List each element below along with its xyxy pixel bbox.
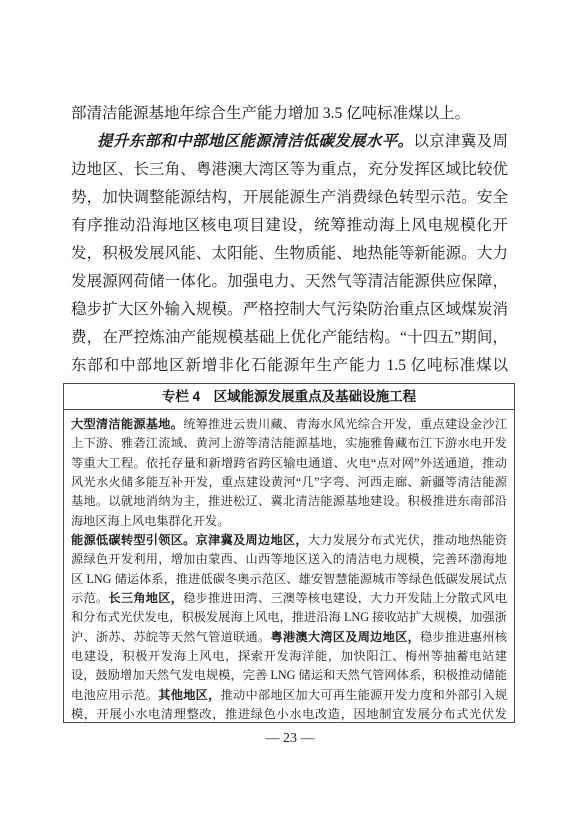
box-section-large-clean-energy-bases: 大型清洁能源基地。统筹推进云贵川藏、青海水风光综合开发，重点建设金沙江上下游、雅… xyxy=(71,415,507,531)
page-number: — 23 — xyxy=(266,731,315,746)
box-section-text: 统筹推进云贵川藏、青海水风光综合开发，重点建设金沙江上下游、雅砻江流域、黄河上游… xyxy=(71,417,507,528)
body-paragraph: 提升东部和中部地区能源清洁低碳发展水平。以京津冀及周边地区、长三角、粤港澳大湾区… xyxy=(71,128,508,408)
column-4-box: 专栏 4 区域能源发展重点及基础设施工程 大型清洁能源基地。统筹推进云贵川藏、青… xyxy=(63,383,515,723)
box-section-lead: 大型清洁能源基地。 xyxy=(71,417,183,431)
box-section-lead-other-regions: 其他地区， xyxy=(158,688,220,702)
column-box-title: 专栏 4 区域能源发展重点及基础设施工程 xyxy=(64,384,514,410)
box-section-lead-yangtze-delta: 长三角地区， xyxy=(108,591,183,605)
body-text-block: 部清洁能源基地年综合生产能力增加 3.5 亿吨标准煤以上。 提升东部和中部地区能… xyxy=(71,100,508,408)
column-box-title-text: 专栏 4 区域能源发展重点及基础设施工程 xyxy=(162,389,416,404)
paragraph-lead-emphasis: 提升东部和中部地区能源清洁低碳发展水平。 xyxy=(97,133,413,150)
column-box-body: 大型清洁能源基地。统筹推进云贵川藏、青海水风光综合开发，重点建设金沙江上下游、雅… xyxy=(64,410,514,722)
page-footer: — 23 — xyxy=(0,731,580,747)
body-paragraph-continuation-text: 部清洁能源基地年综合生产能力增加 3.5 亿吨标准煤以上。 xyxy=(71,105,470,122)
box-section-lead-greater-bay-area: 粤港澳大湾区及周边地区， xyxy=(270,630,420,644)
body-paragraph-continuation: 部清洁能源基地年综合生产能力增加 3.5 亿吨标准煤以上。 xyxy=(71,100,508,128)
document-page: 部清洁能源基地年综合生产能力增加 3.5 亿吨标准煤以上。 提升东部和中部地区能… xyxy=(0,0,580,820)
paragraph-body-text: 以京津冀及周边地区、长三角、粤港澳大湾区等为重点，充分发挥区域比较优势，加快调整… xyxy=(71,133,508,402)
box-section-lead-jingjinji: 能源低碳转型引领区。京津冀及周边地区， xyxy=(71,533,308,547)
box-section-low-carbon-transition-zones: 能源低碳转型引领区。京津冀及周边地区，大力发展分布式光伏，推动地热能资源绿色开发… xyxy=(71,531,507,722)
